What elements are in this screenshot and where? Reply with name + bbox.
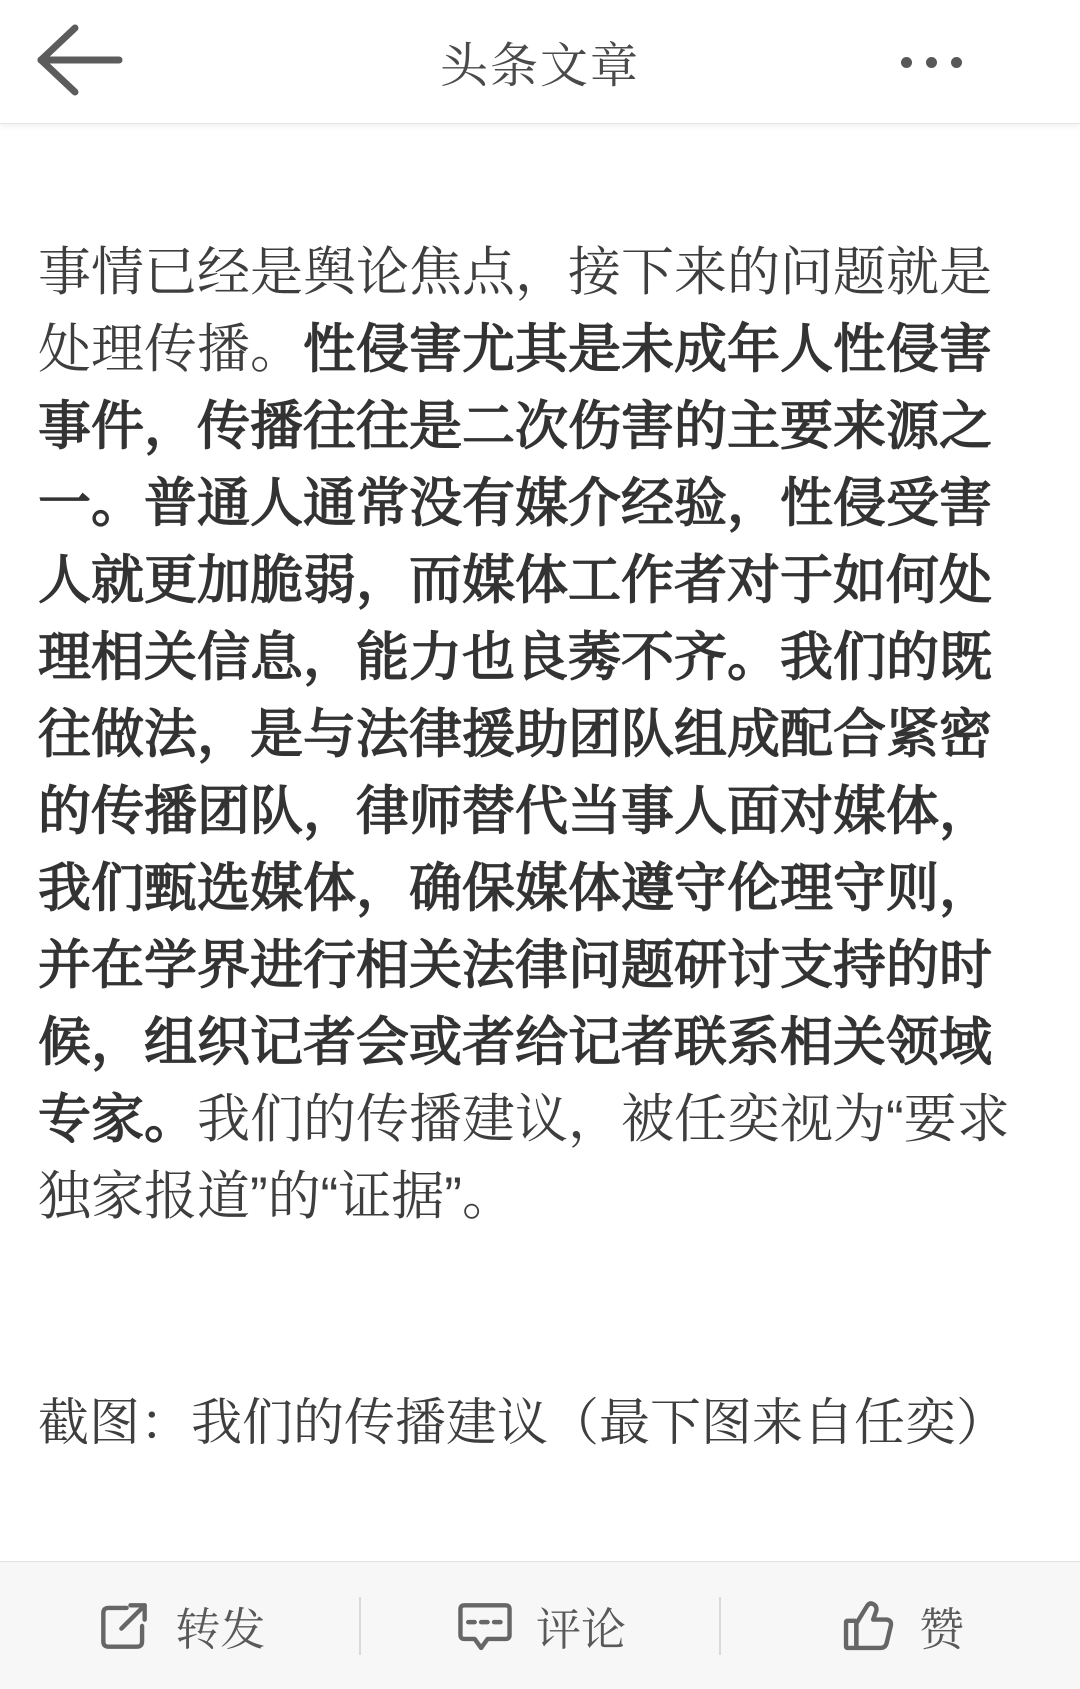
repost-button[interactable]: 转发 <box>0 1562 359 1689</box>
like-icon <box>837 1595 899 1657</box>
article-content: 事情已经是舆论焦点，接下来的问题就是处理传播。性侵害尤其是未成年人性侵害事件，传… <box>0 124 1080 1459</box>
article-page: 头条文章 事情已经是舆论焦点，接下来的问题就是处理传播。性侵害尤其是未成年人性侵… <box>0 0 1080 1689</box>
repost-label: 转发 <box>175 1593 265 1658</box>
comment-button[interactable]: 评论 <box>361 1562 720 1689</box>
more-options-button[interactable] <box>901 34 962 90</box>
image-caption: 截图：我们的传播建议（最下图来自任奕） <box>38 1387 1042 1459</box>
comment-label: 评论 <box>536 1593 626 1658</box>
page-title: 头条文章 <box>440 27 640 96</box>
back-arrow-icon <box>33 24 125 96</box>
like-label: 赞 <box>919 1593 964 1658</box>
repost-icon <box>93 1595 155 1657</box>
like-button[interactable]: 赞 <box>721 1562 1080 1689</box>
more-options-icon <box>901 57 962 68</box>
navbar: 头条文章 <box>0 0 1080 124</box>
paragraph-emphasis-text: 性侵害尤其是未成年人性侵害事件，传播往往是二次伤害的主要来源之一。普通人通常没有… <box>38 320 992 1149</box>
article-paragraph: 事情已经是舆论焦点，接下来的问题就是处理传播。性侵害尤其是未成年人性侵害事件，传… <box>38 234 1042 1235</box>
comment-icon <box>454 1595 516 1657</box>
action-toolbar: 转发 评论 <box>0 1561 1080 1689</box>
back-button[interactable] <box>24 10 134 110</box>
